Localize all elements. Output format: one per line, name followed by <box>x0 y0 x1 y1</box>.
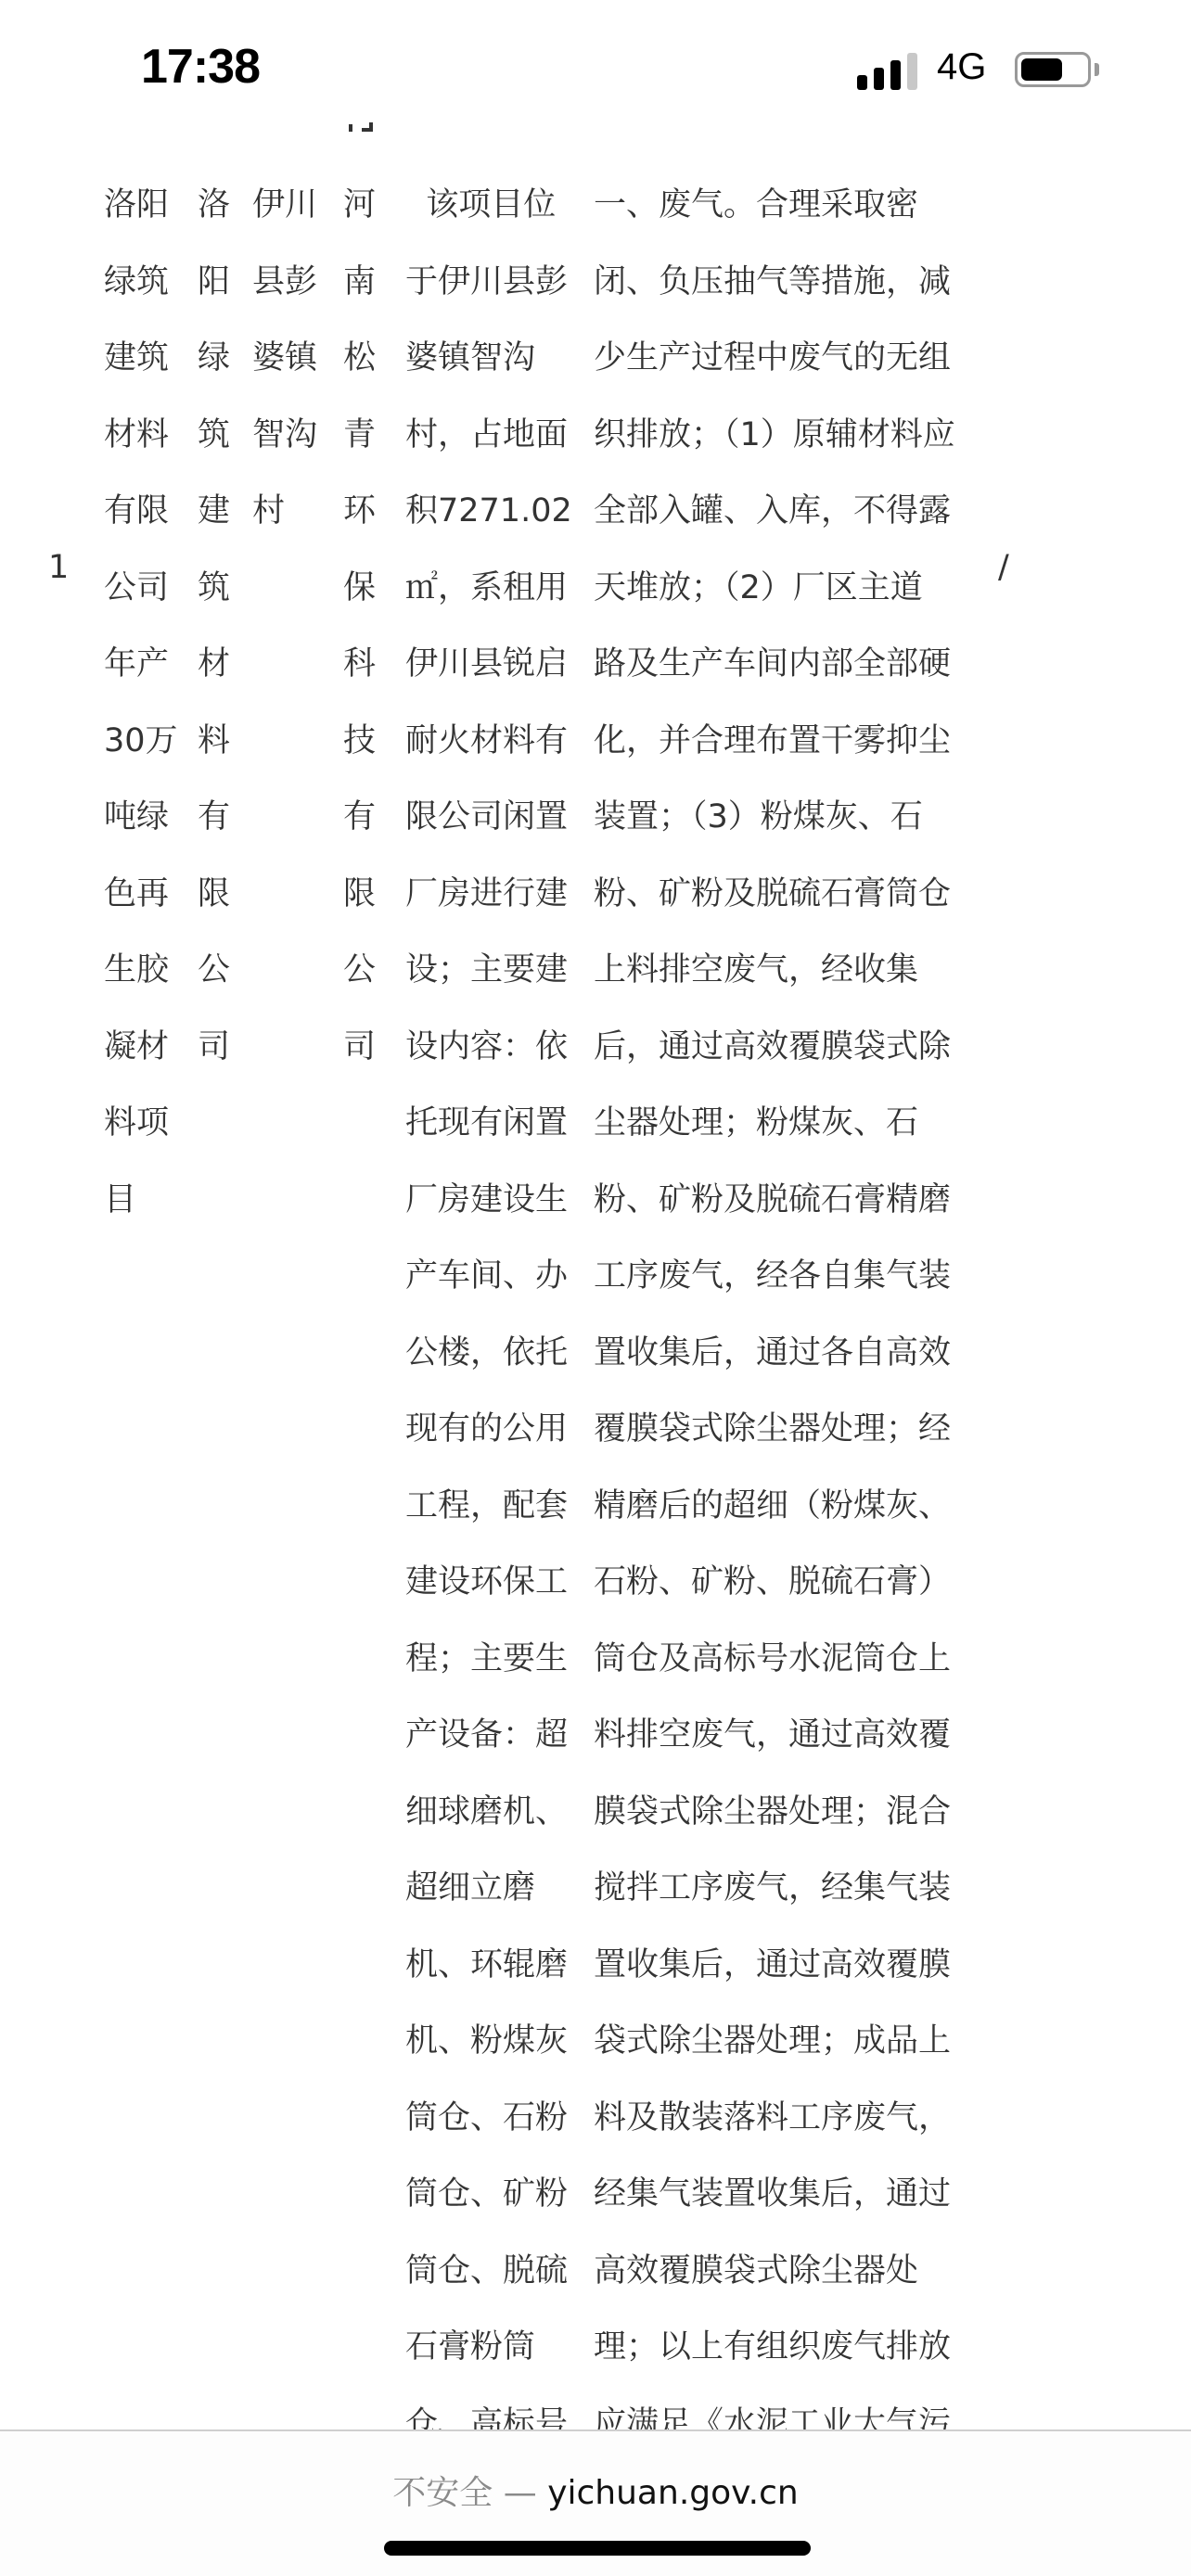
cell-line: 机、环辊磨 <box>405 1927 572 2004</box>
cell-line: 织排放；（1）原辅材料应 <box>594 397 955 474</box>
network-type-label: 4G <box>937 46 986 88</box>
cell-line: 机、粉煤灰 <box>405 2003 572 2080</box>
cell-line: 村，占地面 <box>405 397 572 474</box>
cell-line: 司 <box>198 1009 230 1086</box>
cell-line: 吨绿 <box>104 779 178 856</box>
cell-line: 科 <box>343 626 376 703</box>
cell-line: 化，并合理布置干雾抑尘 <box>594 703 955 780</box>
cell-line: 设；主要建 <box>405 932 572 1009</box>
cell-line: 料项 <box>104 1085 178 1162</box>
home-indicator[interactable] <box>384 2541 811 2556</box>
cell-line: 南 <box>343 244 376 321</box>
cellular-signal-icon <box>857 51 918 90</box>
cell-line: 年产 <box>104 626 178 703</box>
column-location: 伊川县彭婆镇智沟村 <box>252 167 317 550</box>
status-bar: 17:38 4G <box>0 0 1191 111</box>
cell-line: 精磨后的超细（粉煤灰、 <box>594 1468 955 1545</box>
cell-line: 司 <box>343 1009 376 1086</box>
cell-line: 公 <box>343 932 376 1009</box>
url-display[interactable]: 不安全 — yichuan.gov.cn <box>0 2467 1191 2514</box>
cell-line: 积7271.02 <box>405 473 572 550</box>
cell-line: 料及散装落料工序废气， <box>594 2080 955 2157</box>
cell-line: 置收集后，通过各自高效 <box>594 1315 955 1392</box>
cell-line: 产车间、办 <box>405 1238 572 1315</box>
cell-line: 料排空废气，通过高效覆 <box>594 1697 955 1774</box>
cell-line: 县彭 <box>252 244 317 321</box>
cell-line: 少生产过程中废气的无组 <box>594 320 955 397</box>
column-project-name: 洛阳绿筑建筑材料有限公司年产30万吨绿色再生胶凝材料项目 <box>104 167 178 1238</box>
cell-line: 村 <box>252 473 317 550</box>
battery-tip-icon <box>1095 63 1099 76</box>
cell-line: 婆镇智沟 <box>405 320 572 397</box>
cell-line: 阳 <box>198 244 230 321</box>
cell-line: 有 <box>198 779 230 856</box>
cell-line: 筒仓及高标号水泥筒仓上 <box>594 1621 955 1698</box>
cell-line: 筒仓、矿粉 <box>405 2156 572 2233</box>
cell-line: 理；以上有组织废气排放 <box>594 2309 955 2386</box>
cell-line: 建筑 <box>104 320 178 397</box>
cell-line: 建设环保工 <box>405 1544 572 1621</box>
cell-line: 技 <box>343 703 376 780</box>
cell-line: 凝材 <box>104 1009 178 1086</box>
cell-line: 工序废气，经各自集气装 <box>594 1238 955 1315</box>
cell-line: 青 <box>343 397 376 474</box>
cell-line: 绿 <box>198 320 230 397</box>
cell-line: 筒仓、脱硫 <box>405 2233 572 2310</box>
cell-line: 生胶 <box>104 932 178 1009</box>
cell-line: 有 <box>343 779 376 856</box>
cell-line: 筑 <box>198 397 230 474</box>
cell-line: 粉、矿粉及脱硫石膏筒仓 <box>594 856 955 933</box>
cell-line: 尘器处理；粉煤灰、石 <box>594 1085 955 1162</box>
cell-line: 膜袋式除尘器处理；混合 <box>594 1774 955 1851</box>
cell-line: 厂房建设生 <box>405 1162 572 1239</box>
column-project-overview: 该项目位于伊川县彭婆镇智沟村，占地面积7271.02㎡，系租用伊川县锐启耐火材料… <box>405 167 572 2429</box>
cell-line: 仓、高标号 <box>405 2386 572 2430</box>
cell-line: 限公司闲置 <box>405 779 572 856</box>
clipped-text-fragment <box>345 119 378 132</box>
cell-line: 公 <box>198 932 230 1009</box>
cell-line: 设内容：依 <box>405 1009 572 1086</box>
url-domain: yichuan.gov.cn <box>547 2474 799 2512</box>
cell-line: 闭、负压抽气等措施，减 <box>594 244 955 321</box>
cell-line: 公司 <box>104 550 178 627</box>
cell-line: 后，通过高效覆膜袋式除 <box>594 1009 955 1086</box>
cell-line: 材 <box>198 626 230 703</box>
cell-line: 托现有闲置 <box>405 1085 572 1162</box>
cell-line: ㎡，系租用 <box>405 550 572 627</box>
cell-line: 筑 <box>198 550 230 627</box>
cell-line: 松 <box>343 320 376 397</box>
page-content[interactable]: 1 洛阳绿筑建筑材料有限公司年产30万吨绿色再生胶凝材料项目 洛阳绿筑建筑材料有… <box>0 111 1191 2429</box>
cell-line: 细球磨机、 <box>405 1774 572 1851</box>
cell-line: 耐火材料有 <box>405 703 572 780</box>
cell-line: 高效覆膜袋式除尘器处 <box>594 2233 955 2310</box>
cell-line: 粉、矿粉及脱硫石膏精磨 <box>594 1162 955 1239</box>
cell-line: 天堆放；（2）厂区主道 <box>594 550 955 627</box>
cell-line: 产设备：超 <box>405 1697 572 1774</box>
cell-line: 现有的公用 <box>405 1391 572 1468</box>
cell-line: 目 <box>104 1162 178 1239</box>
cell-line: 搅拌工序废气，经集气装 <box>594 1850 955 1927</box>
cell-line: 公楼，依托 <box>405 1315 572 1392</box>
column-eia-agency: 河南松青环保科技有限公司 <box>343 167 376 1085</box>
cell-line: 筒仓、石粉 <box>405 2080 572 2157</box>
cell-line: 伊川 <box>252 167 317 244</box>
cell-line: 料 <box>198 703 230 780</box>
cell-line: 限 <box>198 856 230 933</box>
cell-line: 河 <box>343 167 376 244</box>
browser-address-bar[interactable]: 不安全 — yichuan.gov.cn <box>0 2429 1191 2576</box>
cell-line: 智沟 <box>252 397 317 474</box>
cell-line: 厂房进行建 <box>405 856 572 933</box>
cell-line: 置收集后，通过高效覆膜 <box>594 1927 955 2004</box>
cell-line: 石膏粉筒 <box>405 2309 572 2386</box>
cell-line: 有限 <box>104 473 178 550</box>
cell-line: 工程，配套 <box>405 1468 572 1545</box>
cell-line: 上料排空废气，经收集 <box>594 932 955 1009</box>
cell-line: 该项目位 <box>405 167 572 244</box>
cell-line: 伊川县锐启 <box>405 626 572 703</box>
cell-line: 一、废气。合理采取密 <box>594 167 955 244</box>
cell-line: 洛 <box>198 167 230 244</box>
cell-line: 覆膜袋式除尘器处理；经 <box>594 1391 955 1468</box>
battery-icon <box>1015 52 1091 87</box>
security-status-label: 不安全 <box>392 2474 493 2512</box>
cell-line: 应满足《水泥工业大气污 <box>594 2386 955 2430</box>
cell-line: 限 <box>343 856 376 933</box>
cell-line: 建 <box>198 473 230 550</box>
clock: 17:38 <box>141 39 260 95</box>
cell-line: 经集气装置收集后，通过 <box>594 2156 955 2233</box>
cell-line: 婆镇 <box>252 320 317 397</box>
cell-line: 绿筑 <box>104 244 178 321</box>
cell-line: 于伊川县彭 <box>405 244 572 321</box>
cell-line: 色再 <box>104 856 178 933</box>
row-number: 1 <box>48 549 69 586</box>
cell-line: 保 <box>343 550 376 627</box>
cell-line: 30万 <box>104 703 178 780</box>
cell-line: 全部入罐、入库，不得露 <box>594 473 955 550</box>
cell-line: 石粉、矿粉、脱硫石膏） <box>594 1544 955 1621</box>
cell-line: 装置；（3）粉煤灰、石 <box>594 779 955 856</box>
column-mitigation-measures: 一、废气。合理采取密闭、负压抽气等措施，减少生产过程中废气的无组织排放；（1）原… <box>594 167 955 2429</box>
cell-line: 超细立磨 <box>405 1850 572 1927</box>
cell-line: 路及生产车间内部全部硬 <box>594 626 955 703</box>
cell-line: 袋式除尘器处理；成品上 <box>594 2003 955 2080</box>
url-separator: — <box>493 2474 547 2512</box>
cell-line: 材料 <box>104 397 178 474</box>
column-builder: 洛阳绿筑建筑材料有限公司 <box>198 167 230 1085</box>
cell-line: 洛阳 <box>104 167 178 244</box>
cell-line: 环 <box>343 473 376 550</box>
cell-line: 程；主要生 <box>405 1621 572 1698</box>
remarks-cell: / <box>998 549 1009 586</box>
